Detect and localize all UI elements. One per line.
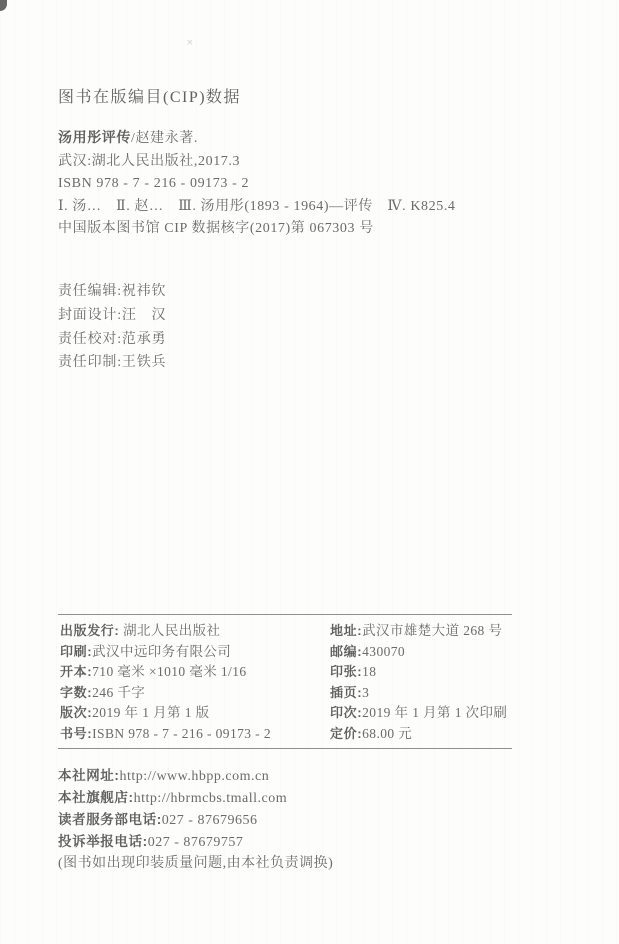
pub-label: 出版发行: [60, 623, 119, 638]
quality-note-line: (图书如出现印装质量问题,由本社负责调换) [58, 853, 333, 874]
contact-value: http://hbrmcbs.tmall.com [134, 791, 288, 806]
contact-value: 027 - 87679656 [162, 813, 258, 828]
contact-label: 本社旗舰店: [58, 790, 134, 805]
contact-label: 读者服务部电话: [58, 812, 162, 827]
cip-heading: 图书在版编目(CIP)数据 [58, 84, 241, 107]
classification-line: Ⅰ. 汤… Ⅱ. 赵… Ⅲ. 汤用彤(1893 - 1964)—评传 Ⅳ. K8… [58, 196, 456, 219]
pub-label: 印次: [330, 705, 362, 720]
pub-value: ISBN 978 - 7 - 216 - 09173 - 2 [92, 726, 271, 741]
pub-label: 邮编: [330, 644, 362, 659]
pub-label: 地址: [330, 623, 362, 638]
contact-value: http://www.hbpp.com.cn [120, 769, 270, 784]
pub-label: 印张: [330, 664, 362, 679]
book-title: 汤用彤评传 [58, 131, 131, 146]
pub-label: 开本: [60, 664, 92, 679]
scan-corner-artifact [0, 0, 7, 11]
contact-row-website: 本社网址:http://www.hbpp.com.cn [58, 765, 333, 787]
pub-value: 18 [362, 664, 376, 679]
publication-info-right-column: 地址:武汉市雄楚大道 268 号 邮编:430070 印张:18 插页:3 印次… [330, 621, 510, 744]
isbn-line: ISBN 978 - 7 - 216 - 09173 - 2 [58, 173, 456, 196]
pub-label: 字数: [60, 685, 92, 700]
contact-row-complaint-phone: 投诉举报电话:027 - 87679757 [58, 831, 333, 853]
pub-value: 68.00 元 [362, 726, 412, 741]
staff-line-print-supervisor: 责任印制:王铁兵 [58, 351, 166, 375]
staff-line-editor: 责任编辑:祝祎钦 [58, 280, 166, 304]
pub-row-impression: 印次:2019 年 1 月第 1 次印刷 [330, 703, 510, 724]
pub-row-price: 定价:68.00 元 [330, 724, 510, 745]
pub-label: 印刷: [60, 644, 92, 659]
contact-value: 027 - 87679757 [148, 835, 244, 850]
pub-row-isbn: 书号:ISBN 978 - 7 - 216 - 09173 - 2 [60, 724, 328, 745]
publication-info-left-column: 出版发行: 湖北人民出版社 印刷:武汉中远印务有限公司 开本:710 毫米 ×1… [60, 621, 328, 744]
contact-label: 本社网址: [58, 768, 120, 783]
pub-label: 版次: [60, 705, 92, 720]
contact-info-block: 本社网址:http://www.hbpp.com.cn 本社旗舰店:http:/… [58, 765, 333, 874]
cip-record-line: 中国版本图书馆 CIP 数据核字(2017)第 067303 号 [58, 218, 456, 241]
pub-row-publisher: 出版发行: 湖北人民出版社 [60, 621, 328, 642]
pub-value: 710 毫米 ×1010 毫米 1/16 [92, 664, 246, 679]
scan-speck-artifact: × [186, 38, 194, 48]
pub-row-inserts: 插页:3 [330, 683, 510, 704]
contact-label: 投诉举报电话: [58, 834, 148, 849]
staff-credits-block: 责任编辑:祝祎钦 封面设计:汪 汉 责任校对:范承勇 责任印制:王铁兵 [58, 280, 166, 375]
cip-data-block: 汤用彤评传/赵建永著. 武汉:湖北人民出版社,2017.3 ISBN 978 -… [58, 128, 456, 241]
pub-row-postcode: 邮编:430070 [330, 642, 510, 663]
pub-row-printer: 印刷:武汉中远印务有限公司 [60, 642, 328, 663]
publisher-line: 武汉:湖北人民出版社,2017.3 [58, 151, 456, 174]
pub-value: 武汉中远印务有限公司 [92, 644, 231, 659]
title-author-line: 汤用彤评传/赵建永著. [58, 128, 456, 151]
pub-row-edition: 版次:2019 年 1 月第 1 版 [60, 703, 328, 724]
pub-row-address: 地址:武汉市雄楚大道 268 号 [330, 621, 510, 642]
book-copyright-page: × 图书在版编目(CIP)数据 汤用彤评传/赵建永著. 武汉:湖北人民出版社,2… [0, 0, 619, 944]
pub-value: 3 [362, 685, 369, 700]
pub-value: 246 千字 [92, 685, 145, 700]
pub-value: 武汉市雄楚大道 268 号 [362, 623, 502, 638]
publication-info-box: 出版发行: 湖北人民出版社 印刷:武汉中远印务有限公司 开本:710 毫米 ×1… [58, 614, 512, 749]
pub-label: 定价: [330, 726, 362, 741]
pub-label: 插页: [330, 685, 362, 700]
pub-value: 430070 [362, 644, 405, 659]
pub-row-word-count: 字数:246 千字 [60, 683, 328, 704]
pub-label: 书号: [60, 726, 92, 741]
staff-line-proofreader: 责任校对:范承勇 [58, 328, 166, 352]
pub-value: 2019 年 1 月第 1 次印刷 [362, 705, 507, 720]
author-statement: /赵建永著. [131, 131, 198, 146]
pub-row-format: 开本:710 毫米 ×1010 毫米 1/16 [60, 662, 328, 683]
staff-line-cover-design: 封面设计:汪 汉 [58, 304, 166, 328]
pub-value: 湖北人民出版社 [119, 623, 220, 638]
pub-value: 2019 年 1 月第 1 版 [92, 705, 209, 720]
contact-row-flagship-store: 本社旗舰店:http://hbrmcbs.tmall.com [58, 787, 333, 809]
contact-row-reader-service-phone: 读者服务部电话:027 - 87679656 [58, 809, 333, 831]
pub-row-sheets: 印张:18 [330, 662, 510, 683]
